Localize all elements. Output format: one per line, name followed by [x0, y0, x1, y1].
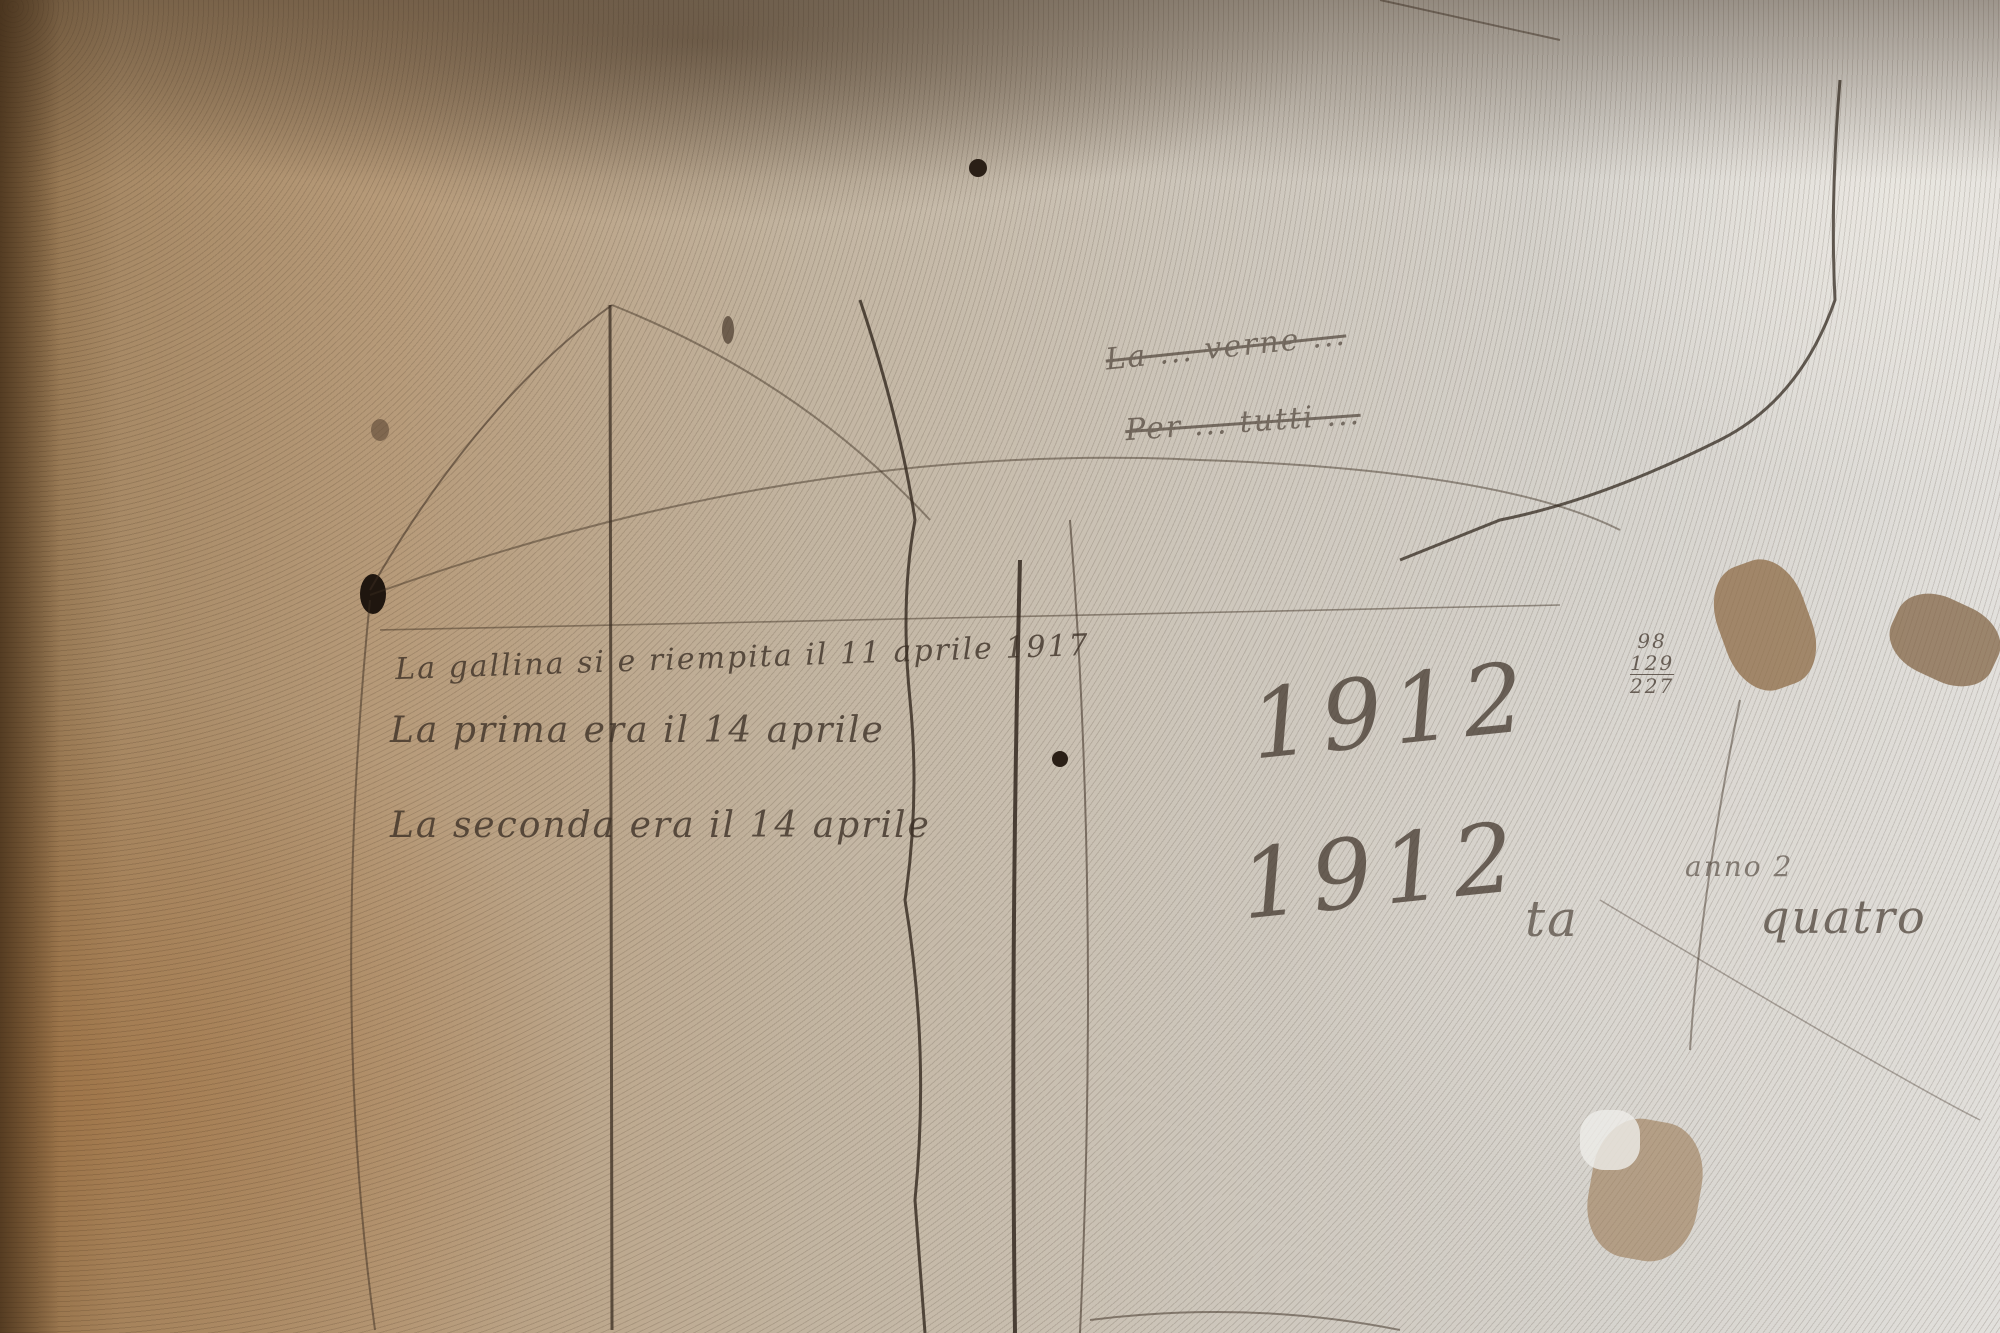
year-suffix: ta [1525, 890, 1579, 948]
arithmetic-sum: 98 129 227 [1630, 630, 1674, 697]
plaster-wall: La gallina si e riempita il 11 aprile 19… [0, 0, 2000, 1333]
inscription-line-2: La prima era il 14 aprile [390, 710, 885, 751]
sum-addend-2: 129 [1630, 652, 1674, 674]
sum-addend-1: 98 [1630, 630, 1674, 652]
sum-total: 227 [1630, 674, 1674, 697]
cracks-and-drawings [0, 0, 2000, 1333]
inscription-line-3: La seconda era il 14 aprile [390, 805, 931, 846]
right-word: quatro [1760, 890, 1927, 944]
right-word-superscript: anno 2 [1685, 850, 1793, 883]
